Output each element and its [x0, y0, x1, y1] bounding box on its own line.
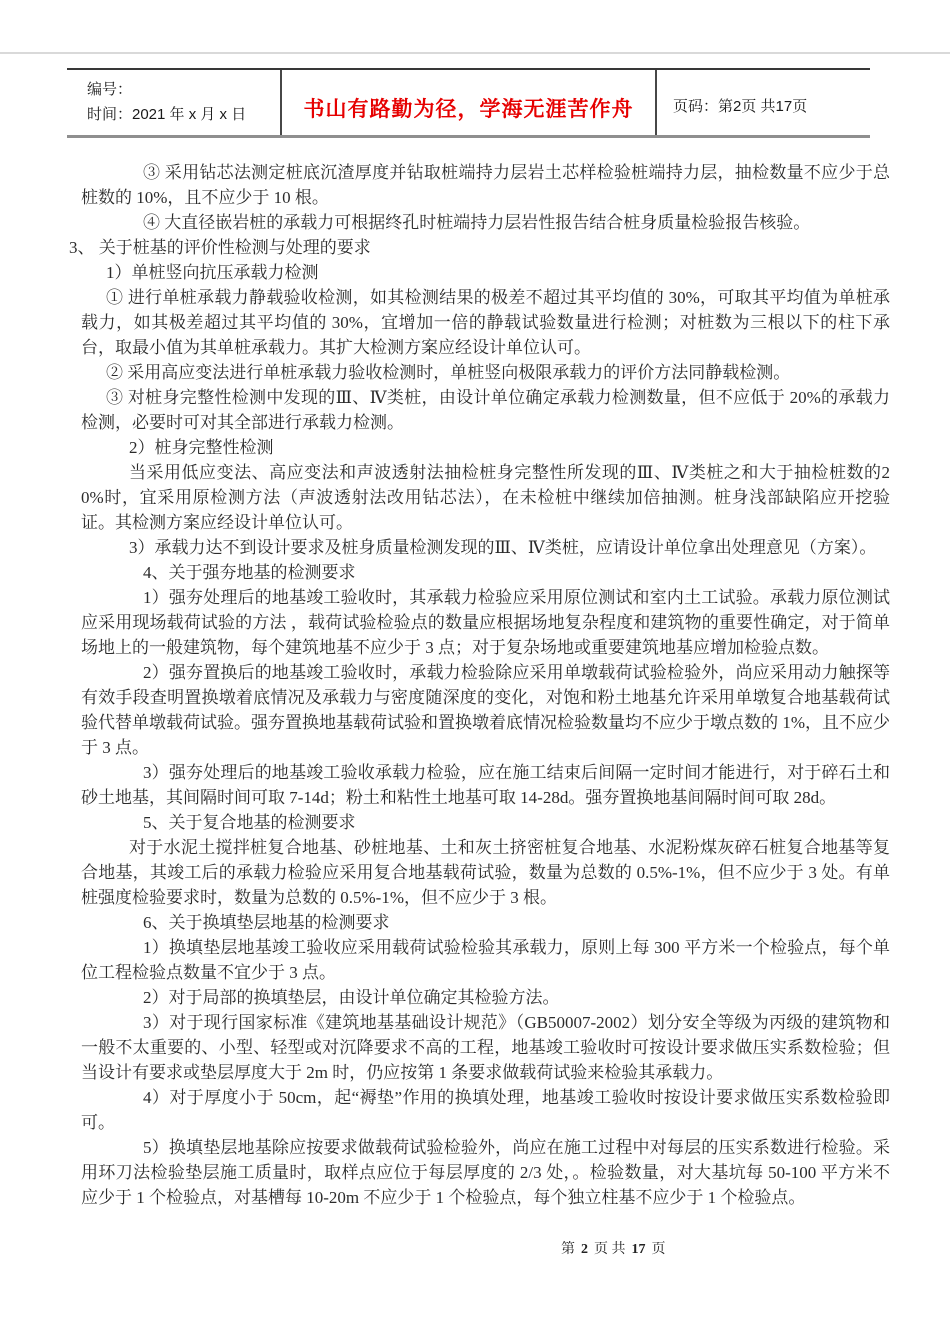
paragraph: 3）对于现行国家标准《建筑地基基础设计规范》（GB50007-2002）划分安全…: [81, 1010, 890, 1085]
document-content: ③ 采用钻芯法测定桩底沉渣厚度并钻取桩端持力层岩土芯样检验桩端持力层，抽检数量不…: [81, 160, 890, 1210]
header-meta-cell: 编号： 时间：2021 年 x 月 x 日: [67, 70, 280, 135]
paragraph: ③ 采用钻芯法测定桩底沉渣厚度并钻取桩端持力层岩土芯样检验桩端持力层，抽检数量不…: [81, 160, 890, 210]
header-table: 编号： 时间：2021 年 x 月 x 日 书山有路勤为径，学海无涯苦作舟 页码…: [67, 68, 870, 138]
paragraph: 1）换填垫层地基竣工验收应采用载荷试验检验其承载力，原则上每 300 平方米一个…: [81, 935, 890, 985]
doc-number-label: 编号：: [87, 77, 280, 102]
paragraph: 2）强夯置换后的地基竣工验收时，承载力检验除应采用单墩载荷试验检验外，尚应采用动…: [81, 660, 890, 760]
paragraph: ③ 对桩身完整性检测中发现的Ⅲ、Ⅳ类桩，由设计单位确定承载力检测数量，但不应低于…: [81, 385, 890, 435]
paragraph: 当采用低应变法、高应变法和声波透射法抽检桩身完整性所发现的Ⅲ、Ⅳ类桩之和大于抽检…: [81, 460, 890, 535]
paragraph: ② 采用高应变法进行单桩承载力验收检测时，单桩竖向极限承载力的评价方法同静载检测…: [81, 360, 890, 385]
paragraph: 6、关于换填垫层地基的检测要求: [81, 910, 890, 935]
doc-date-label: 时间：2021 年 x 月 x 日: [87, 102, 280, 127]
paragraph: ④ 大直径嵌岩桩的承载力可根据终孔时桩端持力层岩性报告结合桩身质量检验报告核验。: [81, 210, 890, 235]
paragraph: ① 进行单桩承载力静载验收检测，如其检测结果的极差不超过其平均值的 30%，可取…: [81, 285, 890, 360]
paragraph: 3、 关于桩基的评价性检测与处理的要求: [81, 235, 890, 260]
page-top-divider: [0, 52, 950, 54]
paragraph: 5）换填垫层地基除应按要求做载荷试验检验外，尚应在施工过程中对每层的压实系数进行…: [81, 1135, 890, 1210]
paragraph: 1）强夯处理后的地基竣工验收时，其承载力检验应采用原位测试和室内土工试验。承载力…: [81, 585, 890, 660]
footer-page-number: 2: [581, 1242, 588, 1257]
paragraph: 4、关于强夯地基的检测要求: [81, 560, 890, 585]
footer-text: 页 共: [594, 1242, 626, 1257]
footer-text: 页: [652, 1242, 666, 1257]
paragraph: 2）桩身完整性检测: [81, 435, 890, 460]
paragraph: 3）承载力达不到设计要求及桩身质量检测发现的Ⅲ、Ⅳ类桩，应请设计单位拿出处理意见…: [81, 535, 890, 560]
page-footer: 第2页 共17页: [558, 1238, 669, 1258]
paragraph: 1）单桩竖向抗压承载力检测: [81, 260, 890, 285]
footer-total-pages: 17: [632, 1242, 646, 1257]
paragraph: 4）对于厚度小于 50cm，起“褥垫”作用的换填处理，地基竣工验收时按设计要求做…: [81, 1085, 890, 1135]
paragraph: 5、关于复合地基的检测要求: [81, 810, 890, 835]
header-page-label: 页码：第2页 共17页: [673, 95, 807, 116]
paragraph: 3）强夯处理后的地基竣工验收承载力检验，应在施工结束后间隔一定时间才能进行，对于…: [81, 760, 890, 810]
header-motto-cell: 书山有路勤为径，学海无涯苦作舟: [280, 70, 655, 135]
footer-text: 第: [561, 1242, 575, 1257]
paragraph: 2）对于局部的换填垫层，由设计单位确定其检验方法。: [81, 985, 890, 1010]
paragraph: 对于水泥土搅拌桩复合地基、砂桩地基、土和灰土挤密桩复合地基、水泥粉煤灰碎石桩复合…: [81, 835, 890, 910]
header-motto: 书山有路勤为径，学海无涯苦作舟: [304, 93, 634, 123]
header-page-cell: 页码：第2页 共17页: [655, 70, 870, 135]
